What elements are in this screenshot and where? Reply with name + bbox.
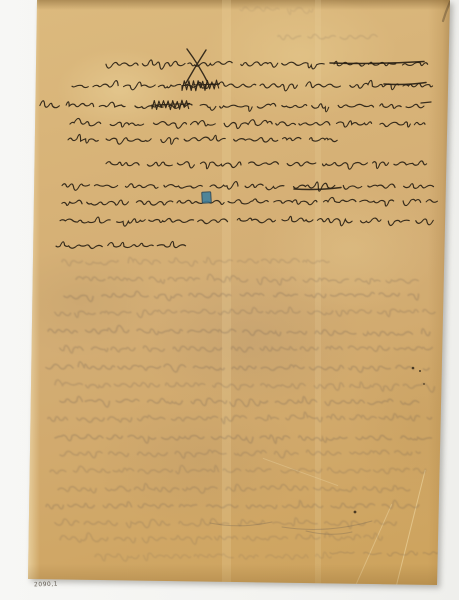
ink-handwriting-line-group <box>65 102 425 112</box>
bleed-line <box>47 325 430 335</box>
bleed-line <box>59 346 433 353</box>
ink-handwriting-line <box>61 197 438 206</box>
ink-handwriting-line <box>69 118 426 128</box>
pencil-mark <box>306 531 352 534</box>
ink-handwriting-line-group <box>61 197 438 206</box>
bleed-line <box>49 465 426 473</box>
bleed-line-group <box>49 465 426 473</box>
bleed-line <box>57 484 410 494</box>
bleed-line <box>59 396 419 407</box>
blue-ink-mark <box>202 192 212 203</box>
ink-handwriting-line-group <box>105 60 428 69</box>
ink-handwriting-line <box>105 161 427 169</box>
dash-mark <box>421 102 431 103</box>
ink-handwriting-line <box>65 102 425 112</box>
ink-speck <box>412 367 415 370</box>
margin-word <box>40 101 61 108</box>
manuscript-page <box>0 0 459 600</box>
ink-handwriting-line <box>56 241 187 248</box>
strikethrough-mark <box>294 188 341 190</box>
bleed-line <box>330 551 439 556</box>
bleed-line-group <box>47 325 430 335</box>
bleed-line-group <box>54 380 435 392</box>
corner-shadow-mark <box>443 2 450 21</box>
bleed-line-group <box>75 274 418 284</box>
ink-handwriting-line <box>67 134 338 144</box>
bleed-line-group <box>94 552 331 561</box>
ink-handwriting-line <box>61 182 434 192</box>
bleed-line-group <box>278 34 378 39</box>
ink-speck <box>354 511 357 514</box>
ink-handwriting-line-group <box>61 182 434 192</box>
bleed-line-group <box>63 291 419 301</box>
bleed-line <box>278 34 378 39</box>
bleed-line-group <box>45 362 429 372</box>
page-number-annotation: 2090,1 <box>34 581 58 589</box>
ink-handwriting-line-group <box>59 216 434 226</box>
bleed-line-group <box>54 307 436 317</box>
ink-handwriting-line-group <box>67 134 338 144</box>
ink-handwriting-line <box>59 216 434 226</box>
bleed-line-group <box>59 346 433 353</box>
margin-word-group <box>40 101 61 108</box>
bleed-line-group <box>55 435 432 444</box>
bleed-line-group <box>47 412 433 424</box>
ink-speck <box>419 370 421 372</box>
bleed-line <box>94 552 331 561</box>
ink-handwriting-line <box>105 60 428 69</box>
bleed-line-group <box>240 7 314 15</box>
bleed-line-group <box>59 450 421 458</box>
paper-shadow <box>0 0 459 600</box>
handwriting-layer <box>0 0 459 600</box>
bleed-line <box>240 7 314 15</box>
bleed-line <box>61 257 329 266</box>
ink-handwriting-line-group <box>71 80 433 90</box>
bleed-line <box>45 362 429 372</box>
bleed-line <box>75 274 418 284</box>
bleed-line-group <box>59 396 419 407</box>
bleed-line <box>54 307 436 317</box>
bleed-line <box>63 291 419 301</box>
ink-speck <box>423 383 425 385</box>
ink-handwriting-line-group <box>105 161 427 169</box>
bleed-line <box>45 500 419 508</box>
bleed-line <box>54 380 435 392</box>
bleed-line-group <box>57 484 410 494</box>
ink-handwriting-line <box>71 80 433 90</box>
bleed-line <box>59 450 421 458</box>
ink-handwriting-line-group <box>56 241 187 248</box>
ink-handwriting-line-group <box>69 118 426 128</box>
scanner-background: 2090,1 <box>0 0 459 600</box>
bleed-line <box>47 412 433 424</box>
bleed-line <box>55 435 432 444</box>
bleed-line-group <box>45 500 419 508</box>
bleed-line-group <box>61 257 329 266</box>
bleed-line-group <box>330 551 439 556</box>
